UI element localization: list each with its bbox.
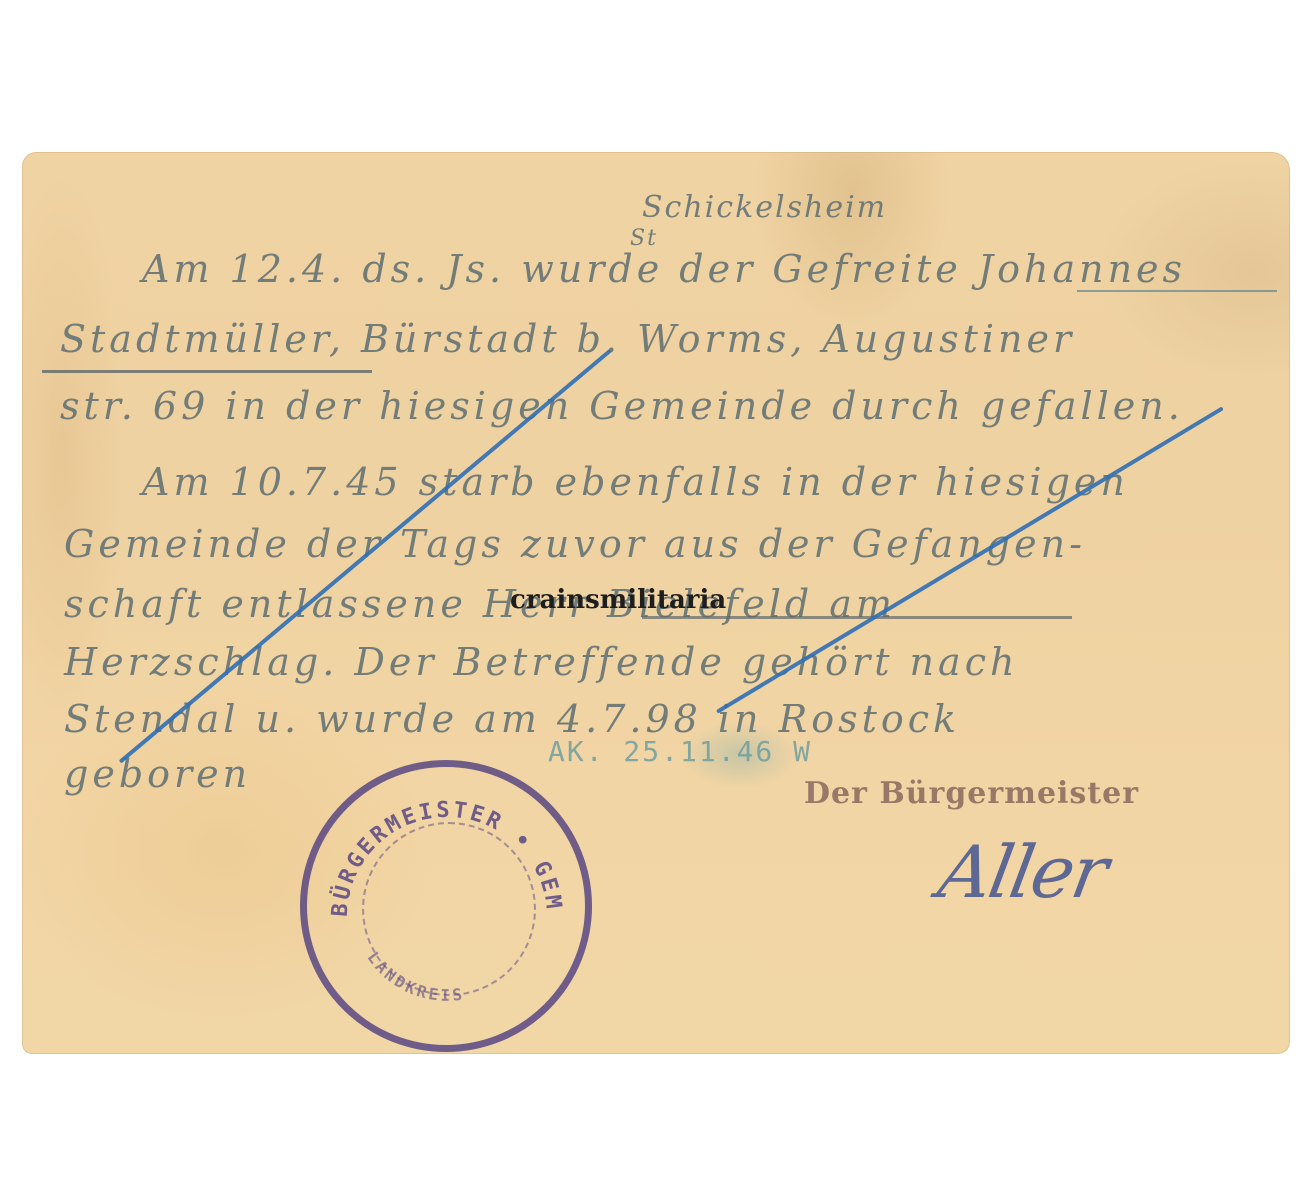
watermark: crainsmilitaria [510, 585, 726, 615]
mayor-signature: Aller [933, 830, 1113, 914]
line-3: str. 69 in der hiesigen Gemeinde durch g… [60, 384, 1184, 428]
line-9: geboren [64, 752, 251, 796]
mayor-title-stamp: Der Bürgermeister [804, 776, 1139, 811]
official-seal-stamp: BÜRGERMEISTER • GEMEINDE LANDKREIS [300, 760, 592, 1052]
date-annotation: AK. 25.11.46 W [548, 735, 812, 768]
seal-text: BÜRGERMEISTER • GEMEINDE LANDKREIS [307, 767, 585, 1045]
line-4: Am 10.7.45 starb ebenfalls in der hiesig… [142, 460, 1129, 504]
line-8: Stendal u. wurde am 4.7.98 in Rostock [64, 697, 960, 741]
svg-text:LANDKREIS: LANDKREIS [364, 948, 467, 1005]
insertion-text: Schickelsheim [642, 190, 887, 225]
line-6: schaft entlassene Herr Bielefeld am [64, 582, 896, 626]
line-7: Herzschlag. Der Betreffende gehört nach [64, 640, 1018, 684]
name-underline [42, 370, 372, 373]
line-1: Am 12.4. ds. Js. wurde der Gefreite Joha… [142, 247, 1186, 291]
svg-text:BÜRGERMEISTER • GEMEINDE: BÜRGERMEISTER • GEMEINDE [307, 767, 566, 918]
first-name-underline [1077, 290, 1277, 292]
line-2: Stadtmüller, Bürstadt b. Worms, Augustin… [60, 317, 1075, 361]
bielefeld-underline [642, 616, 1072, 619]
line-5: Gemeinde der Tags zuvor aus der Gefangen… [64, 522, 1086, 566]
